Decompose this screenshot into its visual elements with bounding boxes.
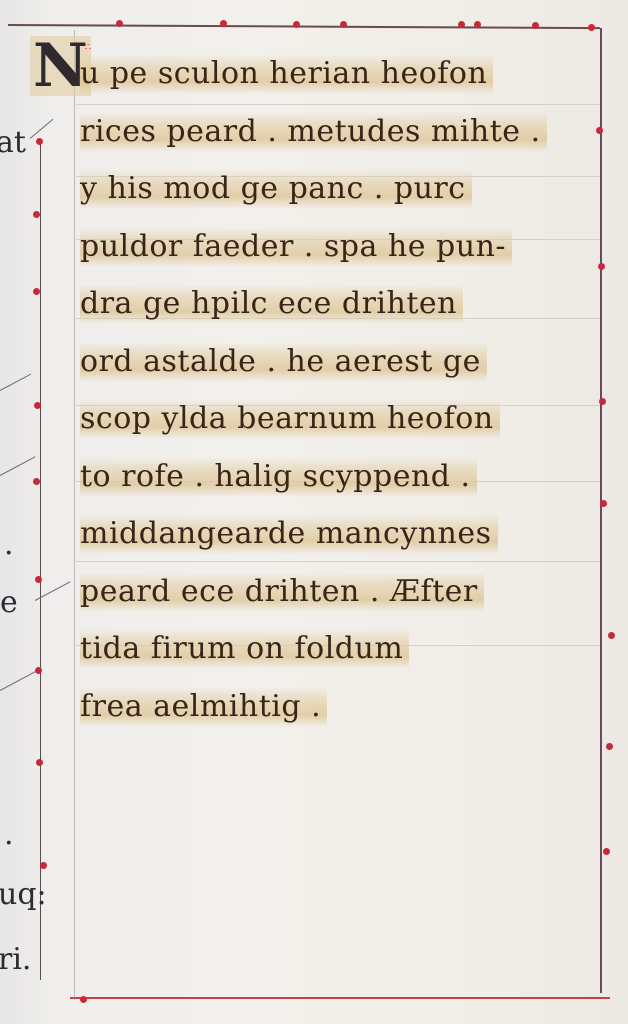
right-frame-rule bbox=[600, 28, 602, 993]
text-line: scop ylda bearnum heofon bbox=[80, 399, 600, 457]
line-text: scop ylda bearnum heofon bbox=[80, 399, 500, 439]
prick-mark bbox=[458, 21, 465, 28]
prick-mark bbox=[600, 500, 607, 507]
text-line: puldor faeder . spa he pun- bbox=[80, 227, 600, 285]
line-text: puldor faeder . spa he pun- bbox=[80, 227, 512, 267]
prick-mark bbox=[116, 20, 123, 27]
line-text: dra ge hpilc ece drihten bbox=[80, 284, 463, 324]
prick-mark bbox=[606, 743, 613, 750]
prick-mark bbox=[35, 576, 42, 583]
left-text-ruling bbox=[74, 30, 75, 1000]
line-text: rices peard . metudes mihte . bbox=[80, 112, 547, 152]
prick-mark bbox=[33, 288, 40, 295]
prick-mark bbox=[474, 21, 481, 28]
text-line: peard ece drihten . Æfter bbox=[80, 572, 600, 630]
margin-stroke bbox=[0, 456, 36, 476]
line-text: y his mod ge panc . purc bbox=[80, 169, 472, 209]
text-line: rices peard . metudes mihte . bbox=[80, 112, 600, 170]
text-line: ord astalde . he aerest ge bbox=[80, 342, 600, 400]
text-line: dra ge hpilc ece drihten bbox=[80, 284, 600, 342]
margin-fragment: uq: bbox=[0, 880, 47, 910]
line-text: middangearde mancynnes bbox=[80, 514, 498, 554]
text-line: u pe sculon herian heofon bbox=[80, 54, 600, 112]
prick-mark bbox=[34, 402, 41, 409]
prick-mark bbox=[588, 24, 595, 31]
margin-fragment: . bbox=[4, 820, 14, 850]
line-text: frea aelmihtig . bbox=[80, 687, 327, 727]
line-text: peard ece drihten . Æfter bbox=[80, 572, 484, 612]
line-text: u pe sculon herian heofon bbox=[80, 54, 493, 94]
bottom-frame-rule bbox=[70, 997, 610, 999]
prick-mark bbox=[599, 398, 606, 405]
margin-stroke bbox=[30, 119, 54, 139]
line-text: tida firum on foldum bbox=[80, 629, 409, 669]
text-line: frea aelmihtig . bbox=[80, 687, 600, 745]
prick-mark bbox=[608, 632, 615, 639]
margin-fragment: ri. bbox=[0, 945, 31, 975]
prick-mark bbox=[532, 22, 539, 29]
margin-fragment: . bbox=[4, 530, 14, 560]
rubric-dots: ∴ bbox=[85, 44, 93, 52]
top-frame-rule bbox=[8, 24, 600, 29]
manuscript-page: N ∴ at . e . uq: ri. u pe sculon herian … bbox=[0, 0, 628, 1024]
margin-stroke bbox=[0, 374, 31, 391]
prick-mark bbox=[36, 138, 43, 145]
prick-mark bbox=[340, 21, 347, 28]
prick-mark bbox=[40, 862, 47, 869]
text-line: to rofe . halig scyppend . bbox=[80, 457, 600, 515]
prick-mark bbox=[220, 20, 227, 27]
text-line: tida firum on foldum bbox=[80, 629, 600, 687]
margin-stroke bbox=[0, 671, 36, 691]
text-line: middangearde mancynnes bbox=[80, 514, 600, 572]
margin-fragment: e bbox=[0, 588, 18, 618]
margin-fragment: at bbox=[0, 128, 26, 158]
line-text: to rofe . halig scyppend . bbox=[80, 457, 477, 497]
prick-mark bbox=[603, 848, 610, 855]
hymn-text: u pe sculon herian heofon rices peard . … bbox=[80, 54, 600, 744]
prick-mark bbox=[293, 21, 300, 28]
prick-mark bbox=[35, 667, 42, 674]
prick-mark bbox=[80, 996, 87, 1003]
line-text: ord astalde . he aerest ge bbox=[80, 342, 487, 382]
prick-mark bbox=[33, 478, 40, 485]
prick-mark bbox=[36, 759, 43, 766]
text-line: y his mod ge panc . purc bbox=[80, 169, 600, 227]
prick-mark bbox=[33, 211, 40, 218]
left-frame-rule bbox=[40, 140, 41, 980]
